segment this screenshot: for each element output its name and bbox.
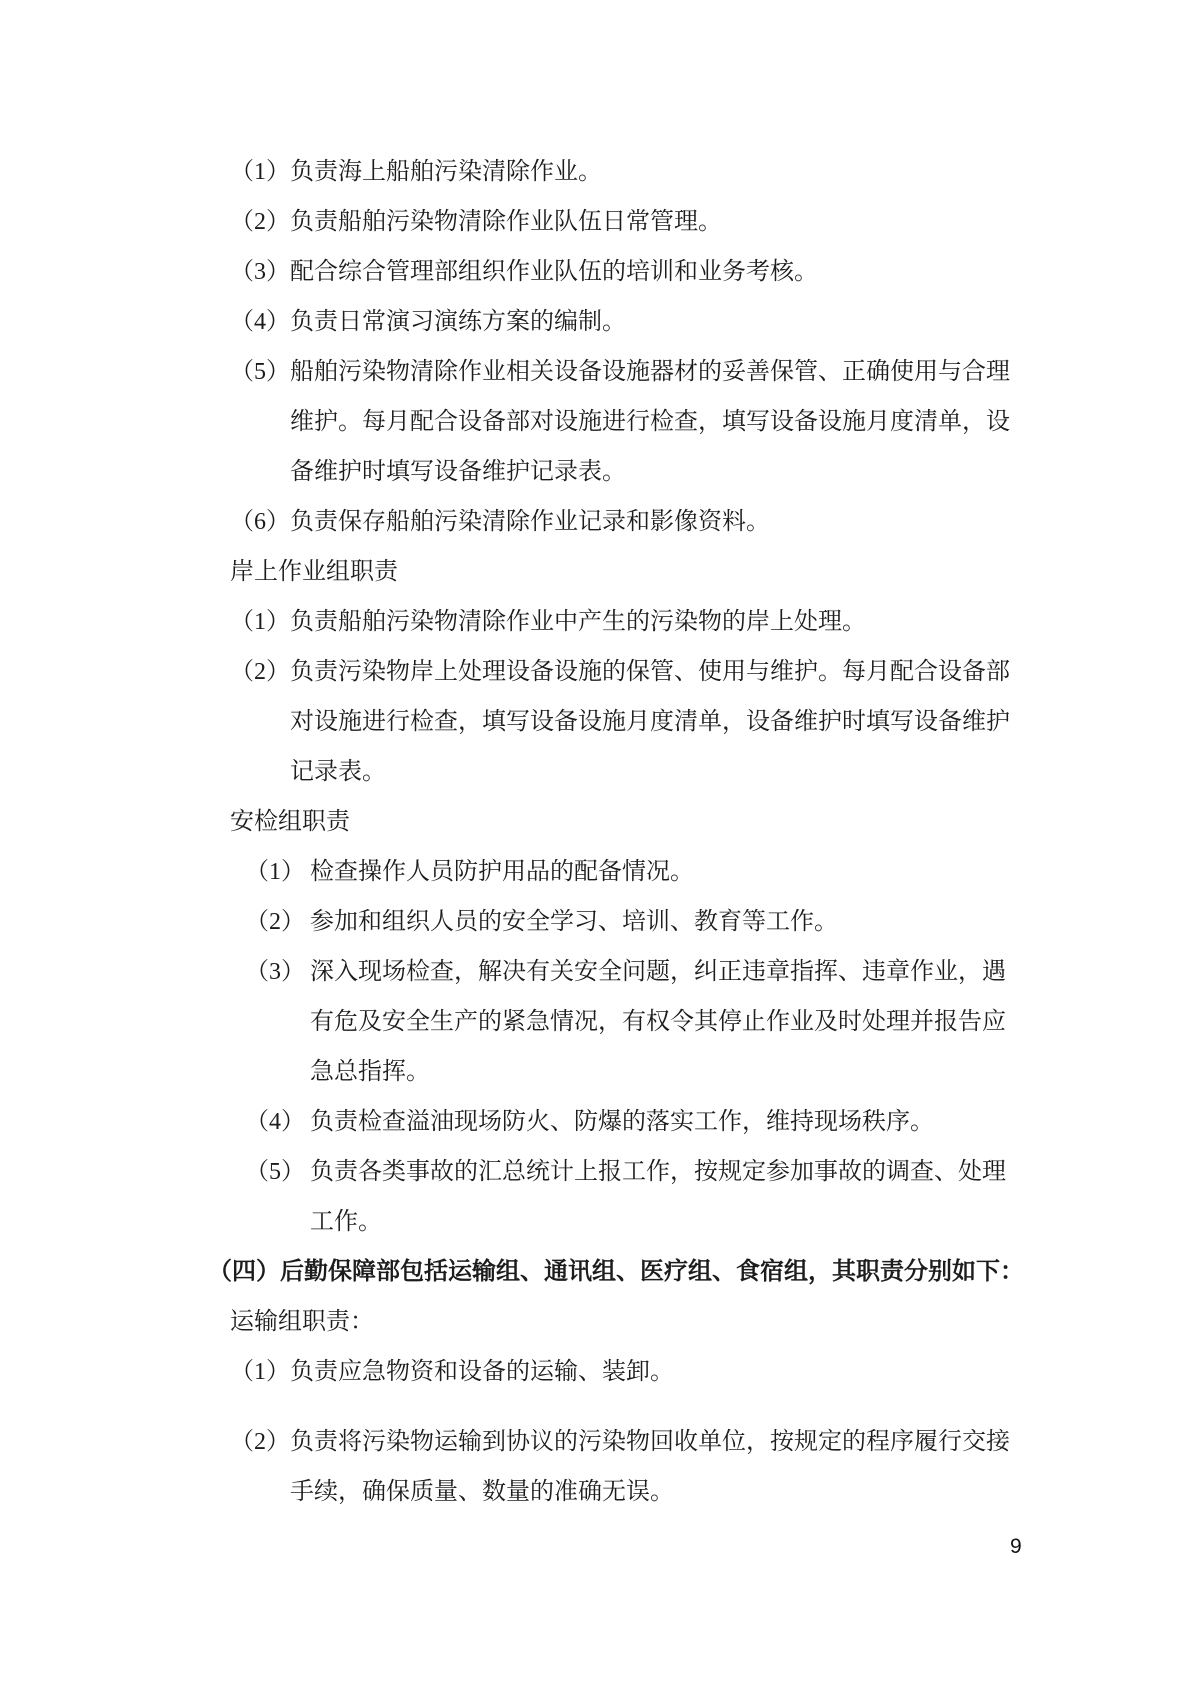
group-heading: 岸上作业组职责: [230, 547, 1030, 597]
list-item-number: （3）: [245, 947, 310, 997]
list-item-number: （6）: [230, 497, 290, 547]
list-item: （2）负责污染物岸上处理设备设施的保管、使用与维护。每月配合设备部 对设施进行检…: [230, 647, 1030, 797]
list-item: （1）负责海上船舶污染清除作业。: [230, 147, 1030, 197]
list-item-number: （1）: [230, 1347, 290, 1397]
group-heading: 运输组职责：: [230, 1297, 1030, 1347]
list-item: （2）负责船舶污染物清除作业队伍日常管理。: [230, 197, 1030, 247]
list-item: （2）参加和组织人员的安全学习、培训、教育等工作。: [230, 897, 1030, 947]
list-item: （4）负责检查溢油现场防火、防爆的落实工作，维持现场秩序。: [230, 1097, 1030, 1147]
list-item-number: （2）: [230, 197, 290, 247]
list-item-number: （2）: [230, 647, 290, 697]
list-item-text: 参加和组织人员的安全学习、培训、教育等工作。: [310, 909, 838, 935]
list-item: （2）负责将污染物运输到协议的污染物回收单位，按规定的程序履行交接 手续，确保质…: [230, 1417, 1030, 1517]
list-item: （5）船舶污染物清除作业相关设备设施器材的妥善保管、正确使用与合理 维护。每月配…: [230, 347, 1030, 497]
list-item: （4）负责日常演习演练方案的编制。: [230, 297, 1030, 347]
list-item-number: （2）: [230, 1417, 290, 1467]
document-page: （1）负责海上船舶污染清除作业。（2）负责船舶污染物清除作业队伍日常管理。（3）…: [0, 0, 1191, 1684]
list-item-text: 船舶污染物清除作业相关设备设施器材的妥善保管、正确使用与合理 维护。每月配合设备…: [290, 359, 1010, 485]
list-item-number: （5）: [230, 347, 290, 397]
list-item: （1）负责船舶污染物清除作业中产生的污染物的岸上处理。: [230, 597, 1030, 647]
list-item-number: （1）: [230, 147, 290, 197]
list-item-text: 负责各类事故的汇总统计上报工作，按规定参加事故的调查、处理 工作。: [310, 1159, 1006, 1235]
list-item-text: 深入现场检查，解决有关安全问题，纠正违章指挥、违章作业，遇 有危及安全生产的紧急…: [310, 959, 1006, 1085]
list-item-number: （4）: [245, 1097, 310, 1147]
list-item: （1）负责应急物资和设备的运输、装卸。: [230, 1347, 1030, 1397]
list-item-number: （5）: [245, 1147, 310, 1197]
page-number: 9: [1010, 1532, 1050, 1562]
list-item: （6）负责保存船舶污染清除作业记录和影像资料。: [230, 497, 1030, 547]
list-item: （3）深入现场检查，解决有关安全问题，纠正违章指挥、违章作业，遇 有危及安全生产…: [230, 947, 1030, 1097]
list-item-number: （1）: [245, 847, 310, 897]
list-item-number: （1）: [230, 597, 290, 647]
list-item-number: （4）: [230, 297, 290, 347]
group-heading: 安检组职责: [230, 797, 1030, 847]
list-item-text: 配合综合管理部组织作业队伍的培训和业务考核。: [290, 259, 818, 285]
section-heading: （四）后勤保障部包括运输组、通讯组、医疗组、食宿组，其职责分别如下：: [208, 1247, 1030, 1297]
list-item: （1）检查操作人员防护用品的配备情况。: [230, 847, 1030, 897]
list-item-number: （3）: [230, 247, 290, 297]
list-item-text: 负责污染物岸上处理设备设施的保管、使用与维护。每月配合设备部 对设施进行检查，填…: [290, 659, 1010, 785]
list-item-text: 负责船舶污染物清除作业队伍日常管理。: [290, 209, 722, 235]
document-body: （1）负责海上船舶污染清除作业。（2）负责船舶污染物清除作业队伍日常管理。（3）…: [230, 147, 1030, 1517]
list-item-text: 负责将污染物运输到协议的污染物回收单位，按规定的程序履行交接 手续，确保质量、数…: [290, 1429, 1010, 1505]
list-item-text: 负责保存船舶污染清除作业记录和影像资料。: [290, 509, 770, 535]
list-item-text: 负责应急物资和设备的运输、装卸。: [290, 1359, 674, 1385]
list-item: （3）配合综合管理部组织作业队伍的培训和业务考核。: [230, 247, 1030, 297]
list-item-text: 检查操作人员防护用品的配备情况。: [310, 859, 694, 885]
list-item-text: 负责检查溢油现场防火、防爆的落实工作，维持现场秩序。: [310, 1109, 934, 1135]
list-item-text: 负责日常演习演练方案的编制。: [290, 309, 626, 335]
list-item-number: （2）: [245, 897, 310, 947]
list-item-text: 负责海上船舶污染清除作业。: [290, 159, 602, 185]
list-item-text: 负责船舶污染物清除作业中产生的污染物的岸上处理。: [290, 609, 866, 635]
list-item: （5）负责各类事故的汇总统计上报工作，按规定参加事故的调查、处理 工作。: [230, 1147, 1030, 1247]
